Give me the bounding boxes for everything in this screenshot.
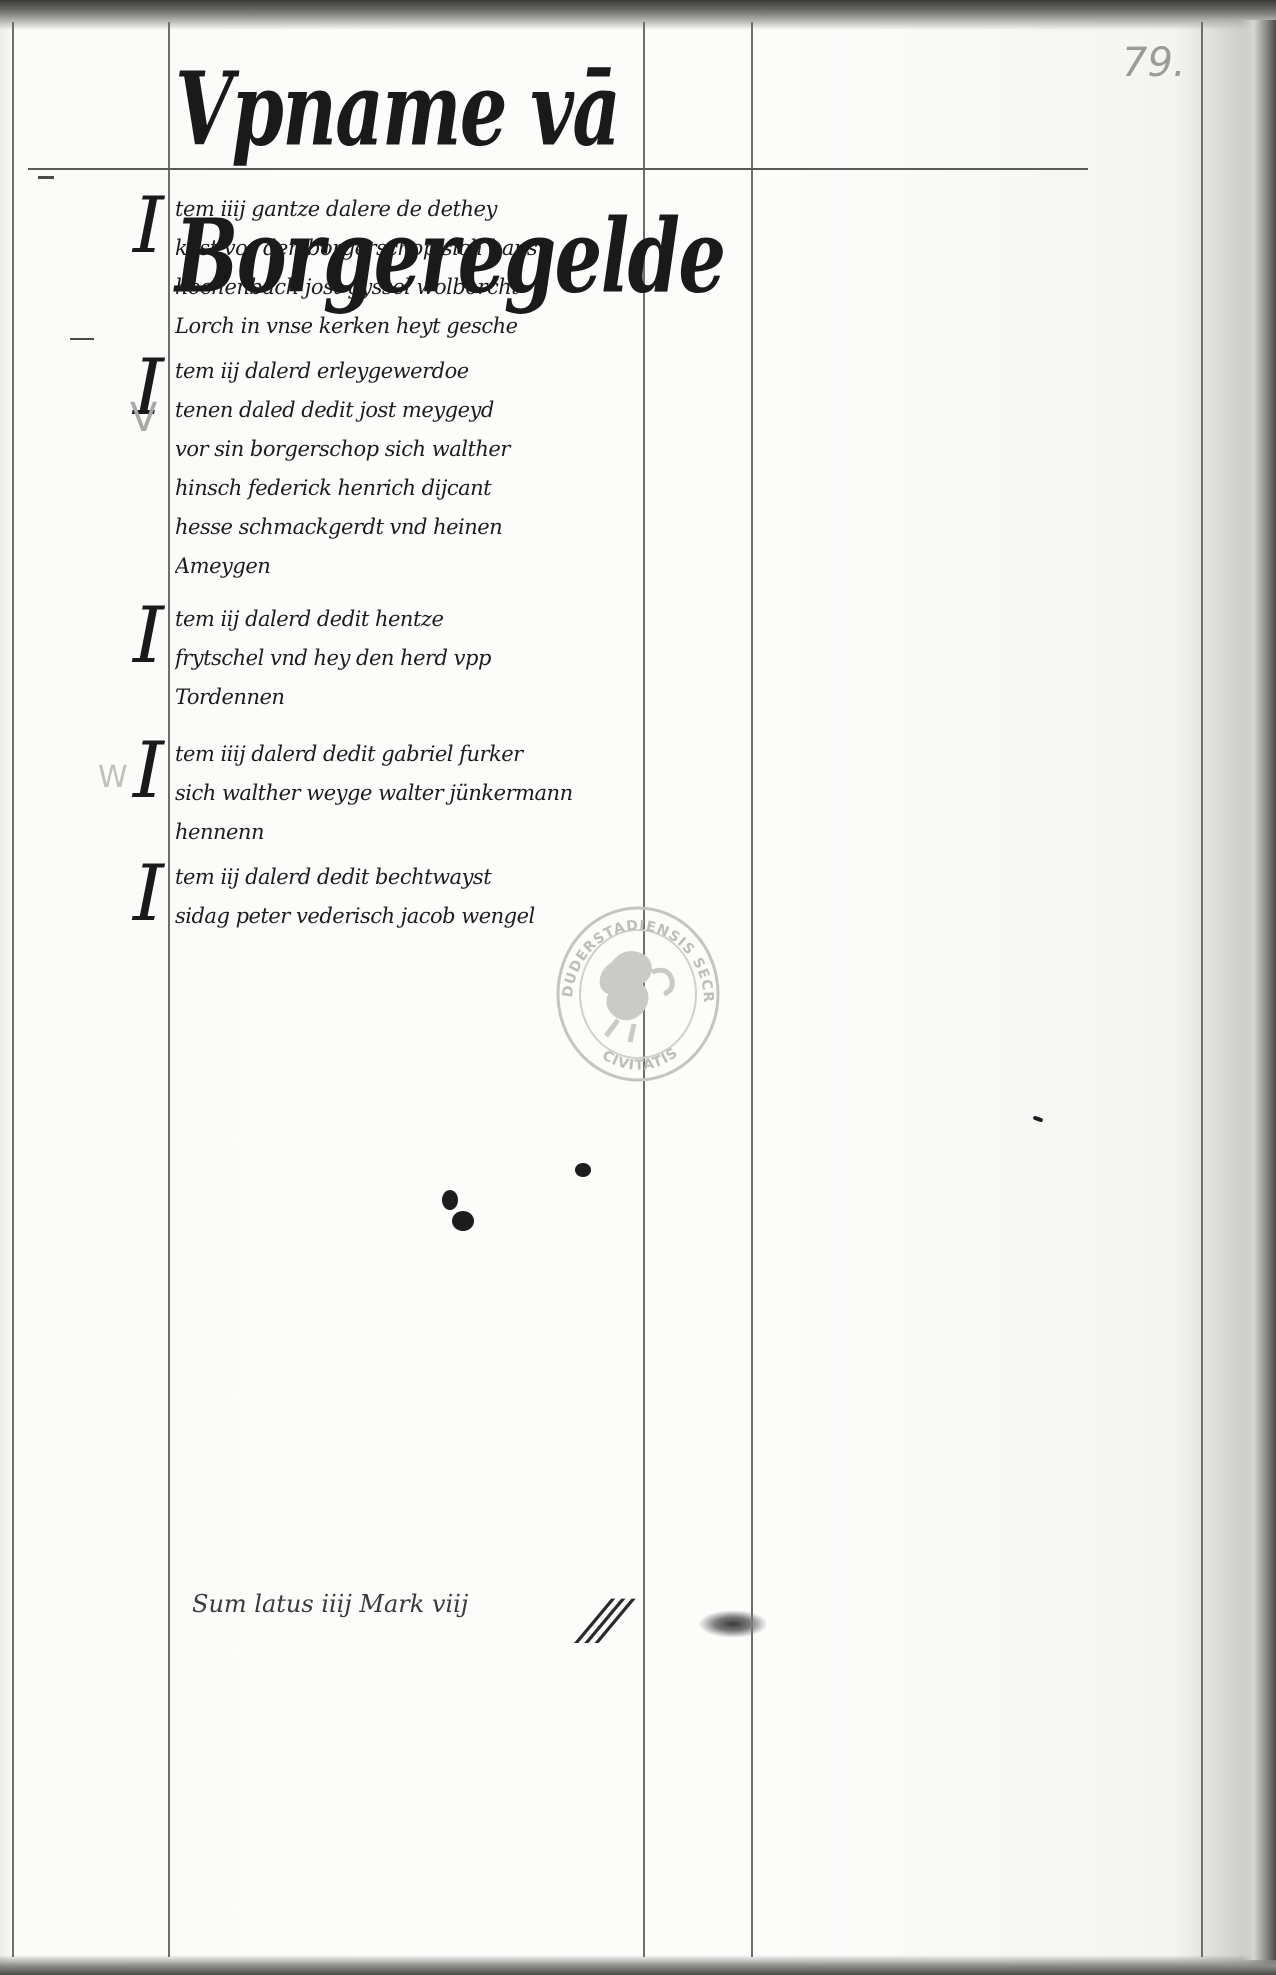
svg-text:CIVITATIS: CIVITATIS (599, 1045, 681, 1074)
city-seal-stamp: DUDERSTADIENSIS SECRETUM CIVITATIS (552, 902, 724, 1082)
entry-line: tem iiij gantze dalere de dethey (175, 190, 645, 229)
entry-line: Tordennen (175, 678, 645, 717)
entry-line: sich walther weyge walter jünkermann (175, 774, 645, 813)
sum-strokes: /// (576, 1588, 627, 1651)
entry-line: Lorch in vnse kerken heyt gesche (175, 307, 645, 346)
entry-line: hinsch federick henrich dijcant (175, 469, 645, 508)
page-top-edge (0, 0, 1276, 30)
margin-check-mark: W (98, 760, 128, 795)
margin-dash (38, 176, 54, 179)
entry-initial: I (133, 731, 163, 811)
entry-line: vor sin borgerschop sich walther (175, 430, 645, 469)
ruled-line-column (751, 22, 753, 1957)
entry-line: hochenbach jost gyssel wolborcht (175, 268, 645, 307)
entry-line: tem iiij dalerd dedit gabriel furker (175, 735, 645, 774)
entry-line: tem iij dalerd dedit hentze (175, 600, 645, 639)
entry-line: frytschel vnd hey den herd vpp (175, 639, 645, 678)
page-bottom-edge (0, 1955, 1276, 1975)
seal-inscription-bottom: CIVITATIS (599, 1045, 681, 1074)
page-binding-edge (1242, 20, 1276, 1960)
ink-blot (452, 1211, 474, 1231)
page-number: 79. (1122, 40, 1186, 86)
margin-dash (70, 338, 94, 340)
ledger-entry: I tem iiij gantze dalere de dethey kost … (175, 190, 645, 346)
ruled-line-margin (12, 22, 14, 1957)
ruled-line-right (1201, 22, 1203, 1957)
ink-stain (698, 1610, 768, 1638)
margin-check-mark: V (130, 395, 157, 441)
ruled-line-left (168, 22, 170, 1957)
entry-initial: I (133, 186, 163, 266)
entry-line: tem iij dalerd dedit bechtwayst (175, 858, 645, 897)
ink-blot (575, 1163, 591, 1177)
ink-blot (442, 1190, 458, 1210)
lion-emblem-icon (600, 951, 673, 1042)
entry-line: tem iij dalerd erleygewerdoe (175, 352, 645, 391)
entry-line: Ameygen (175, 547, 645, 586)
sum-total-line: Sum latus iiij Mark viij (192, 1590, 468, 1618)
ledger-entry: I tem iij dalerd erleygewerdoe tenen dal… (175, 352, 645, 586)
ink-mark (1033, 1115, 1044, 1122)
manuscript-page: Vpname vā Borgeregelde 79. I tem iiij ga… (0, 0, 1276, 1975)
ledger-entry: I tem iij dalerd dedit hentze frytschel … (175, 600, 645, 717)
entry-initial: I (133, 596, 163, 676)
entry-initial: I (133, 854, 163, 934)
entry-line: kost vor den borgerschop sich hans (175, 229, 645, 268)
page-heading: Vpname vā Borgeregelde (175, 37, 893, 184)
entry-line: hesse schmackgerdt vnd heinen (175, 508, 645, 547)
ledger-entry: I tem iiij dalerd dedit gabriel furker s… (175, 735, 645, 852)
entry-line: hennenn (175, 813, 645, 852)
entry-line: tenen daled dedit jost meygeyd (175, 391, 645, 430)
